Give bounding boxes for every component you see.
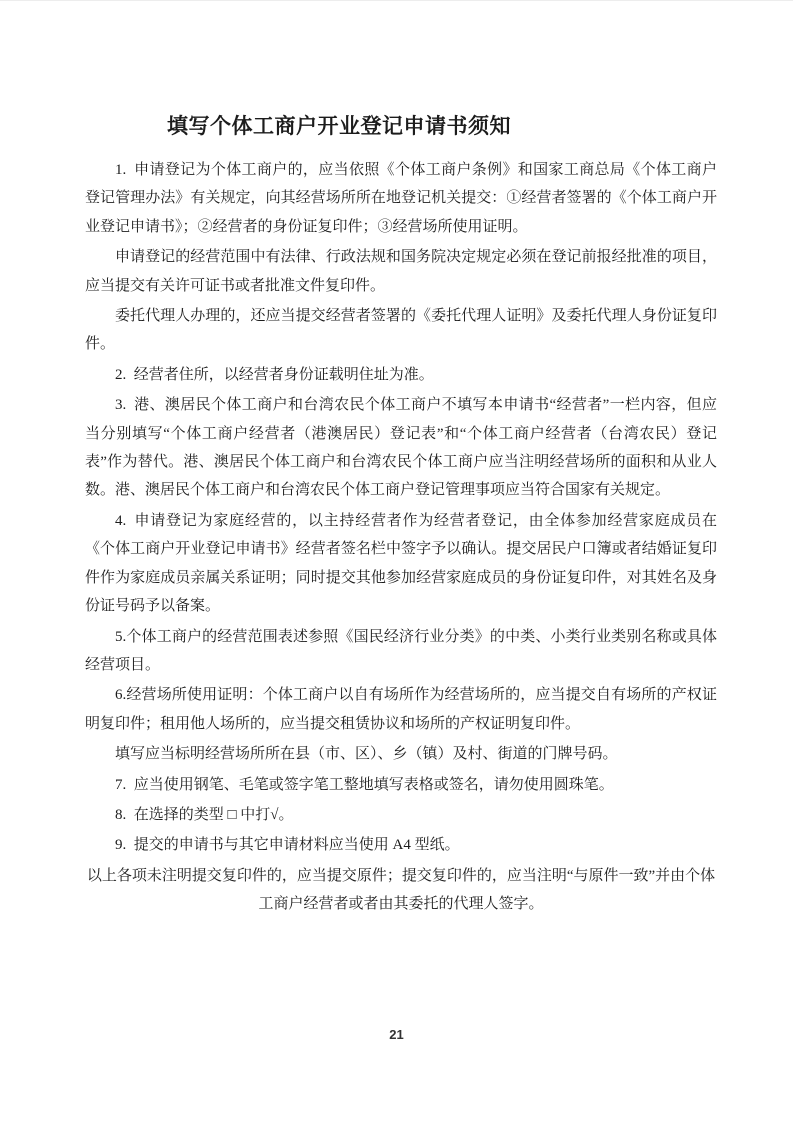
paragraph: 以上各项未注明提交复印件的，应当提交原件；提交复印件的，应当注明“与原件一致”并…	[85, 862, 717, 919]
paragraph: 9. 提交的申请书与其它申请材料应当使用 A4 型纸。	[85, 831, 717, 859]
paragraph: 委托代理人办理的，还应当提交经营者签署的《委托代理人证明》及委托代理人身份证复印…	[85, 302, 717, 359]
paragraph: 7. 应当使用钢笔、毛笔或签字笔工整地填写表格或签名，请勿使用圆珠笔。	[85, 771, 717, 799]
document-page: 填写个体工商户开业登记申请书须知 1. 申请登记为个体工商户的，应当依照《个体工…	[0, 0, 793, 1122]
paragraph: 8. 在选择的类型 □ 中打√。	[85, 801, 717, 829]
paragraph: 1. 申请登记为个体工商户的，应当依照《个体工商户条例》和国家工商总局《个体工商…	[85, 156, 717, 241]
paragraph: 5.个体工商户的经营范围表述参照《国民经济行业分类》的中类、小类行业类别名称或具…	[85, 623, 717, 680]
document-title: 填写个体工商户开业登记申请书须知	[0, 1, 793, 140]
document-body: 1. 申请登记为个体工商户的，应当依照《个体工商户条例》和国家工商总局《个体工商…	[85, 156, 717, 919]
page-number: 21	[0, 1027, 793, 1042]
paragraph: 填写应当标明经营场所所在县（市、区）、乡（镇）及村、街道的门牌号码。	[85, 740, 717, 768]
paragraph: 4. 申请登记为家庭经营的，以主持经营者作为经营者登记，由全体参加经营家庭成员在…	[85, 507, 717, 621]
paragraph: 6.经营场所使用证明：个体工商户以自有场所作为经营场所的，应当提交自有场所的产权…	[85, 681, 717, 738]
paragraph: 2. 经营者住所，以经营者身份证载明住址为准。	[85, 361, 717, 389]
paragraph: 3. 港、澳居民个体工商户和台湾农民个体工商户不填写本申请书“经营者”一栏内容，…	[85, 391, 717, 505]
paragraph: 申请登记的经营范围中有法律、行政法规和国务院决定规定必须在登记前报经批准的项目，…	[85, 243, 717, 300]
